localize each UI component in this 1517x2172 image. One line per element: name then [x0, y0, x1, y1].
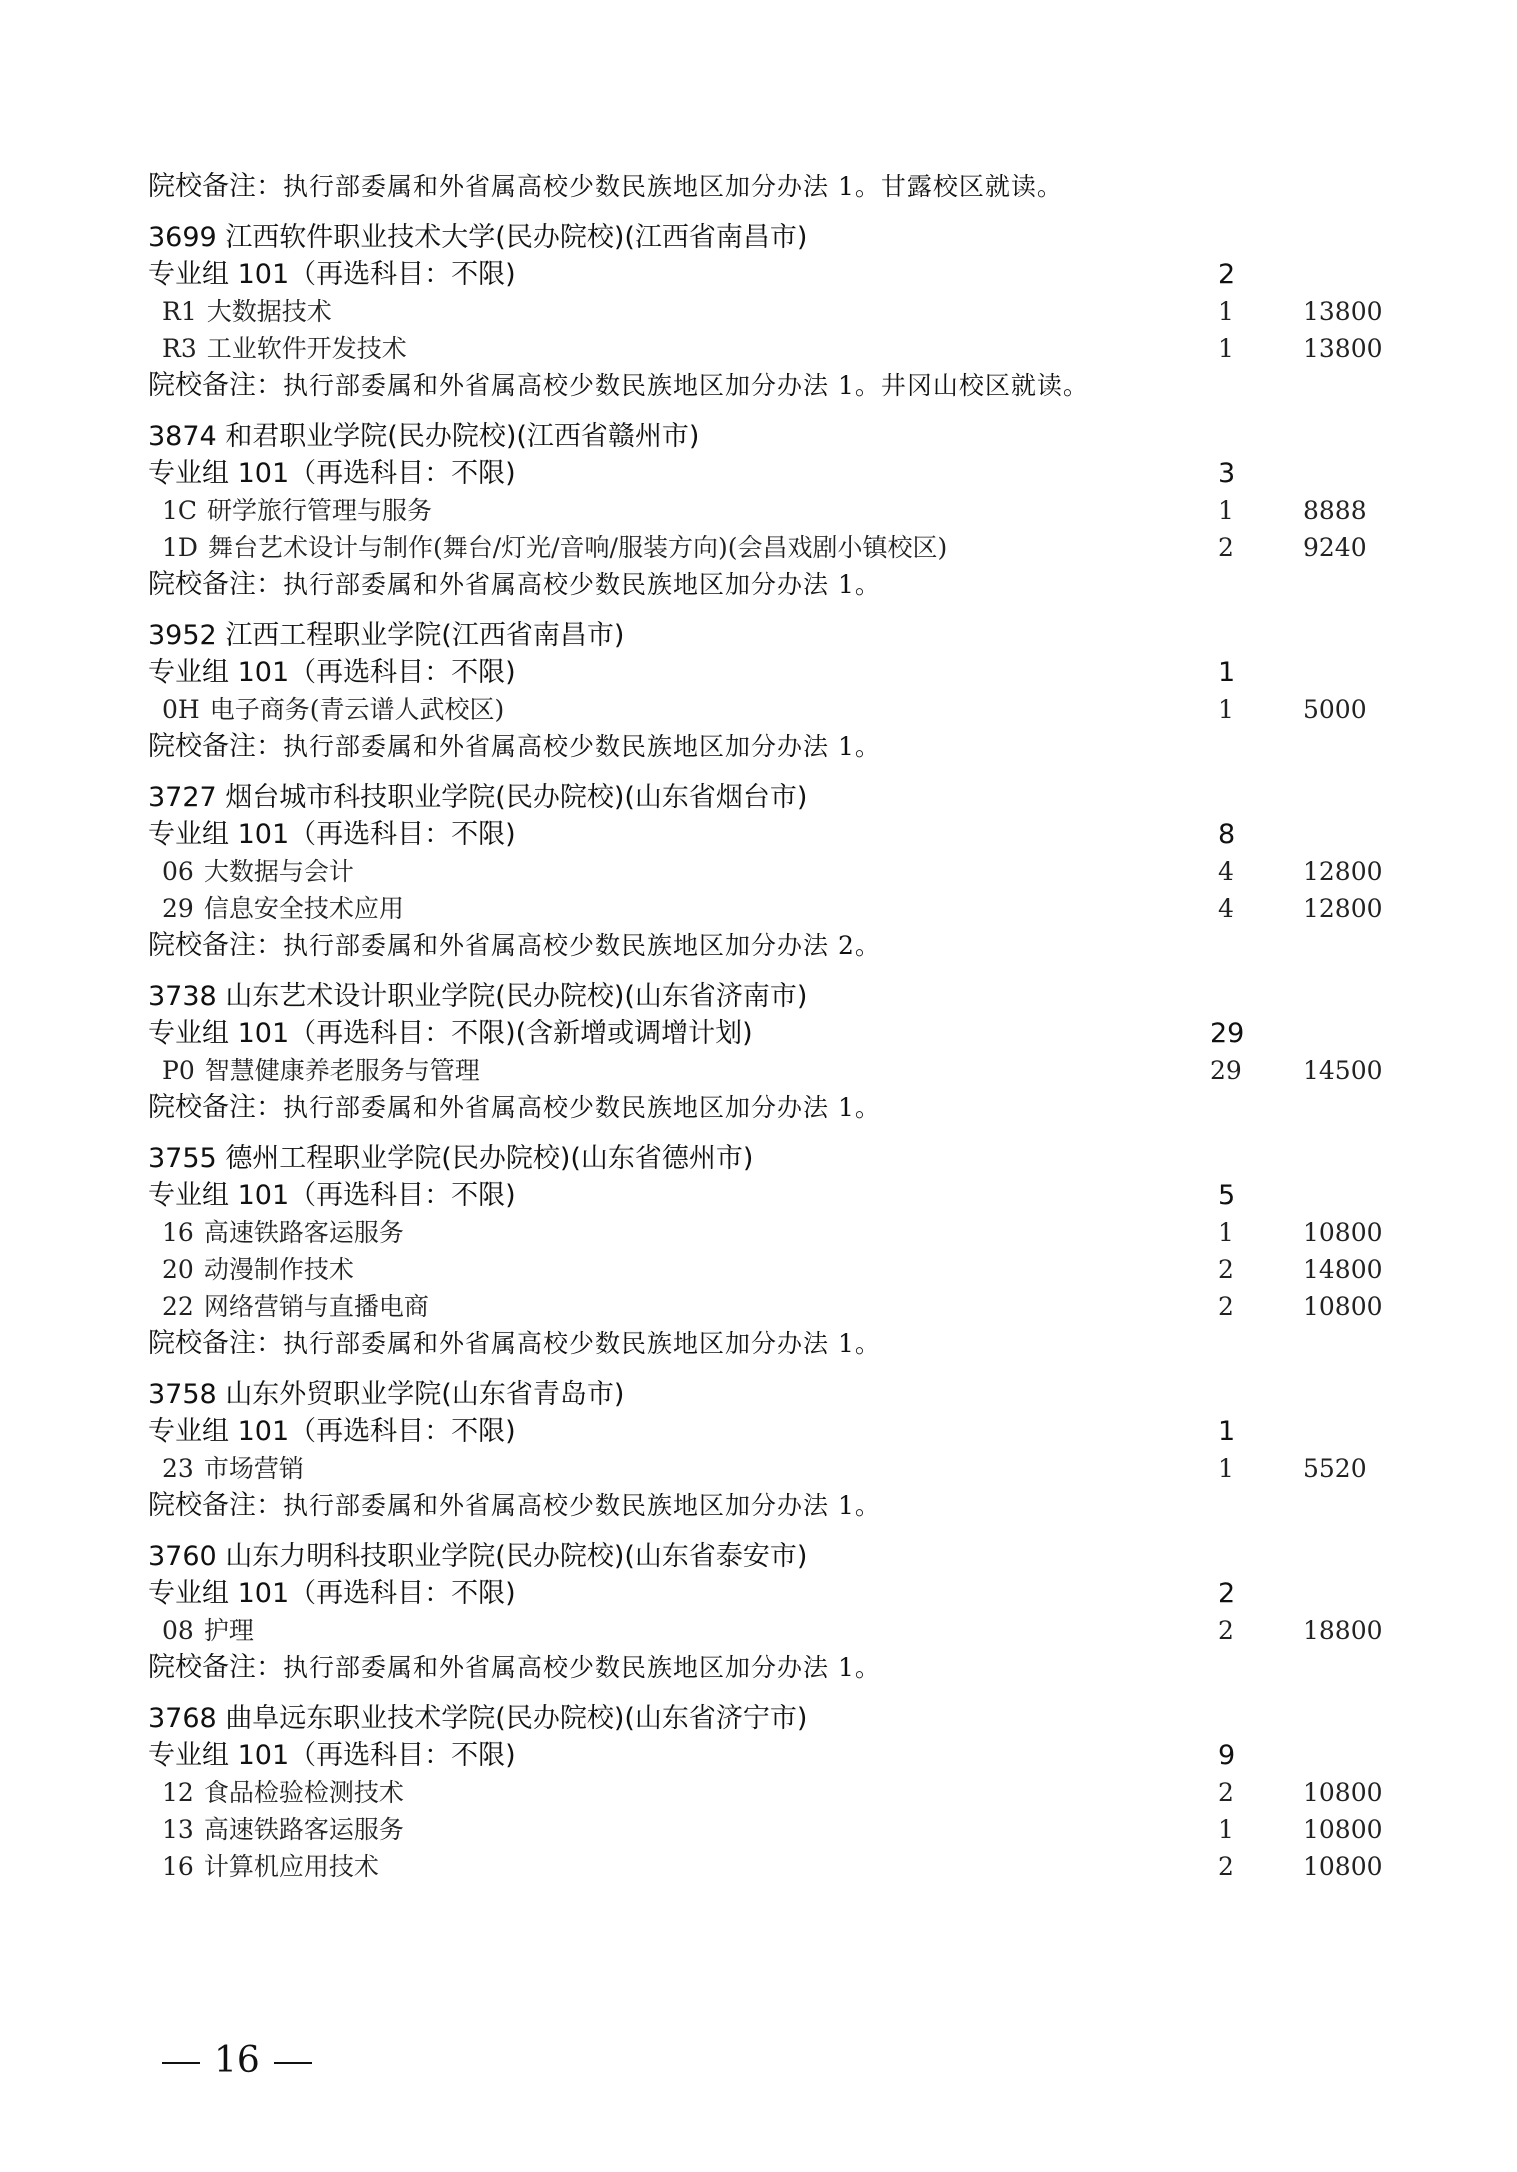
major-code: 0H — [162, 691, 200, 728]
remark-text: 执行部委属和外省属高校少数民族地区加分办法 1。 — [283, 570, 881, 599]
document-page: 院校备注：执行部委属和外省属高校少数民族地区加分办法 1。甘露校区就读。 369… — [148, 168, 1388, 1885]
remark-label: 院校备注： — [148, 930, 283, 961]
page-footer: 16 — [148, 2040, 326, 2081]
major-row: 22网络营销与直播电商 2 10800 — [148, 1288, 1388, 1325]
major-code: R3 — [162, 330, 197, 367]
major-row: P0智慧健康养老服务与管理 29 14500 — [148, 1052, 1388, 1089]
group-label: 专业组 101（再选科目：不限) — [148, 1416, 516, 1447]
school-block: 3874 和君职业学院(民办院校)(江西省赣州市) 专业组 101（再选科目：不… — [148, 418, 1388, 603]
major-code: 16 — [162, 1848, 194, 1885]
school-name: 曲阜远东职业技术学院(民办院校)(山东省济宁市) — [225, 1703, 807, 1734]
major-plan-count: 4 — [1218, 890, 1268, 927]
school-remark: 院校备注：执行部委属和外省属高校少数民族地区加分办法 1。 — [148, 1649, 1388, 1686]
group-plan-count: 1 — [1218, 654, 1268, 691]
group-plan-count: 2 — [1218, 256, 1268, 293]
major-plan-count: 1 — [1218, 1811, 1268, 1848]
remark-label: 院校备注： — [148, 569, 283, 600]
major-row: R3工业软件开发技术 1 13800 — [148, 330, 1388, 367]
group-label: 专业组 101（再选科目：不限)(含新增或调增计划) — [148, 1018, 753, 1049]
major-tuition: 10800 — [1303, 1848, 1403, 1885]
major-plan-count: 29 — [1210, 1052, 1260, 1089]
major-tuition: 10800 — [1303, 1774, 1403, 1811]
remark-label: 院校备注： — [148, 1490, 283, 1521]
group-label: 专业组 101（再选科目：不限) — [148, 259, 516, 290]
group-label: 专业组 101（再选科目：不限) — [148, 458, 516, 489]
major-group-row: 专业组 101（再选科目：不限) 8 — [148, 816, 1388, 853]
school-heading: 3952 江西工程职业学院(江西省南昌市) — [148, 617, 1388, 654]
school-code: 3699 — [148, 222, 217, 253]
major-row: R1大数据技术 1 13800 — [148, 293, 1388, 330]
major-code: 16 — [162, 1214, 194, 1251]
major-plan-count: 2 — [1218, 529, 1268, 566]
remark-text: 执行部委属和外省属高校少数民族地区加分办法 1。 — [283, 1653, 881, 1682]
school-code: 3768 — [148, 1703, 217, 1734]
school-remark: 院校备注：执行部委属和外省属高校少数民族地区加分办法 1。甘露校区就读。 — [148, 168, 1388, 205]
major-group-row: 专业组 101（再选科目：不限)(含新增或调增计划) 29 — [148, 1015, 1388, 1052]
major-tuition: 10800 — [1303, 1811, 1403, 1848]
major-plan-count: 2 — [1218, 1774, 1268, 1811]
major-row: 1D舞台艺术设计与制作(舞台/灯光/音响/服装方向)(会昌戏剧小镇校区) 2 9… — [148, 529, 1388, 566]
school-block: 3768 曲阜远东职业技术学院(民办院校)(山东省济宁市) 专业组 101（再选… — [148, 1700, 1388, 1885]
major-name: 高速铁路客运服务 — [204, 1218, 404, 1247]
major-name: 高速铁路客运服务 — [204, 1815, 404, 1844]
school-block: 3699 江西软件职业技术大学(民办院校)(江西省南昌市) 专业组 101（再选… — [148, 219, 1388, 404]
major-row: 0H电子商务(青云谱人武校区) 1 5000 — [148, 691, 1388, 728]
major-name: 智慧健康养老服务与管理 — [205, 1056, 480, 1085]
group-plan-count: 5 — [1218, 1177, 1268, 1214]
group-label: 专业组 101（再选科目：不限) — [148, 1578, 516, 1609]
group-plan-count: 8 — [1218, 816, 1268, 853]
major-tuition: 5000 — [1303, 691, 1403, 728]
major-name: 食品检验检测技术 — [204, 1778, 404, 1807]
major-tuition: 12800 — [1303, 853, 1403, 890]
group-plan-count: 29 — [1210, 1015, 1260, 1052]
school-heading: 3768 曲阜远东职业技术学院(民办院校)(山东省济宁市) — [148, 1700, 1388, 1737]
page-number: 16 — [214, 2040, 260, 2081]
school-block: 3755 德州工程职业学院(民办院校)(山东省德州市) 专业组 101（再选科目… — [148, 1140, 1388, 1362]
school-code: 3727 — [148, 782, 217, 813]
school-name: 山东力明科技职业学院(民办院校)(山东省泰安市) — [225, 1541, 807, 1572]
school-name: 烟台城市科技职业学院(民办院校)(山东省烟台市) — [225, 782, 807, 813]
major-name: 市场营销 — [204, 1454, 304, 1483]
school-heading: 3758 山东外贸职业学院(山东省青岛市) — [148, 1376, 1388, 1413]
major-plan-count: 2 — [1218, 1848, 1268, 1885]
major-code: 23 — [162, 1450, 194, 1487]
school-block: 3952 江西工程职业学院(江西省南昌市) 专业组 101（再选科目：不限) 1… — [148, 617, 1388, 765]
remark-label: 院校备注： — [148, 171, 283, 202]
school-name: 山东艺术设计职业学院(民办院校)(山东省济南市) — [225, 981, 807, 1012]
major-code: P0 — [162, 1052, 195, 1089]
major-plan-count: 1 — [1218, 492, 1268, 529]
major-name: 信息安全技术应用 — [204, 894, 404, 923]
school-code: 3952 — [148, 620, 217, 651]
remark-label: 院校备注： — [148, 1092, 283, 1123]
school-remark: 院校备注：执行部委属和外省属高校少数民族地区加分办法 2。 — [148, 927, 1388, 964]
major-name: 大数据技术 — [207, 297, 332, 326]
school-code: 3738 — [148, 981, 217, 1012]
major-tuition: 18800 — [1303, 1612, 1403, 1649]
school-code: 3760 — [148, 1541, 217, 1572]
major-group-row: 专业组 101（再选科目：不限) 9 — [148, 1737, 1388, 1774]
footer-dash-right — [274, 2062, 312, 2064]
school-heading: 3738 山东艺术设计职业学院(民办院校)(山东省济南市) — [148, 978, 1388, 1015]
major-tuition: 8888 — [1303, 492, 1403, 529]
school-name: 江西软件职业技术大学(民办院校)(江西省南昌市) — [225, 222, 807, 253]
major-code: 08 — [162, 1612, 194, 1649]
school-name: 江西工程职业学院(江西省南昌市) — [225, 620, 624, 651]
major-row: 1C研学旅行管理与服务 1 8888 — [148, 492, 1388, 529]
remark-text: 执行部委属和外省属高校少数民族地区加分办法 2。 — [283, 931, 881, 960]
school-name: 德州工程职业学院(民办院校)(山东省德州市) — [225, 1143, 753, 1174]
major-group-row: 专业组 101（再选科目：不限) 2 — [148, 1575, 1388, 1612]
major-tuition: 10800 — [1303, 1288, 1403, 1325]
school-block: 3727 烟台城市科技职业学院(民办院校)(山东省烟台市) 专业组 101（再选… — [148, 779, 1388, 964]
remark-label: 院校备注： — [148, 1328, 283, 1359]
school-name: 和君职业学院(民办院校)(江西省赣州市) — [225, 421, 699, 452]
major-tuition: 12800 — [1303, 890, 1403, 927]
major-tuition: 14800 — [1303, 1251, 1403, 1288]
remark-label: 院校备注： — [148, 370, 283, 401]
school-name: 山东外贸职业学院(山东省青岛市) — [225, 1379, 624, 1410]
major-plan-count: 2 — [1218, 1288, 1268, 1325]
group-plan-count: 1 — [1218, 1413, 1268, 1450]
remark-text: 执行部委属和外省属高校少数民族地区加分办法 1。 — [283, 732, 881, 761]
major-code: 1D — [162, 529, 198, 566]
major-row: 16高速铁路客运服务 1 10800 — [148, 1214, 1388, 1251]
major-row: 08护理 2 18800 — [148, 1612, 1388, 1649]
school-heading: 3874 和君职业学院(民办院校)(江西省赣州市) — [148, 418, 1388, 455]
school-remark: 院校备注：执行部委属和外省属高校少数民族地区加分办法 1。 — [148, 728, 1388, 765]
major-plan-count: 4 — [1218, 853, 1268, 890]
major-plan-count: 1 — [1218, 330, 1268, 367]
major-name: 电子商务(青云谱人武校区) — [210, 695, 505, 724]
group-label: 专业组 101（再选科目：不限) — [148, 1180, 516, 1211]
group-label: 专业组 101（再选科目：不限) — [148, 657, 516, 688]
major-plan-count: 1 — [1218, 1214, 1268, 1251]
school-heading: 3727 烟台城市科技职业学院(民办院校)(山东省烟台市) — [148, 779, 1388, 816]
major-plan-count: 1 — [1218, 691, 1268, 728]
major-group-row: 专业组 101（再选科目：不限) 5 — [148, 1177, 1388, 1214]
group-label: 专业组 101（再选科目：不限) — [148, 819, 516, 850]
major-code: 13 — [162, 1811, 194, 1848]
major-group-row: 专业组 101（再选科目：不限) 1 — [148, 654, 1388, 691]
remark-text: 执行部委属和外省属高校少数民族地区加分办法 1。 — [283, 1329, 881, 1358]
school-heading: 3755 德州工程职业学院(民办院校)(山东省德州市) — [148, 1140, 1388, 1177]
major-tuition: 9240 — [1303, 529, 1403, 566]
major-name: 大数据与会计 — [204, 857, 354, 886]
major-plan-count: 2 — [1218, 1612, 1268, 1649]
major-tuition: 14500 — [1303, 1052, 1403, 1089]
major-plan-count: 2 — [1218, 1251, 1268, 1288]
major-code: 06 — [162, 853, 194, 890]
major-group-row: 专业组 101（再选科目：不限) 1 — [148, 1413, 1388, 1450]
major-tuition: 5520 — [1303, 1450, 1403, 1487]
remark-text: 执行部委属和外省属高校少数民族地区加分办法 1。 — [283, 1491, 881, 1520]
major-name: 护理 — [204, 1616, 254, 1645]
remark-text: 执行部委属和外省属高校少数民族地区加分办法 1。 — [283, 1093, 881, 1122]
major-code: 1C — [162, 492, 197, 529]
school-heading: 3760 山东力明科技职业学院(民办院校)(山东省泰安市) — [148, 1538, 1388, 1575]
footer-dash-left — [162, 2062, 200, 2064]
group-plan-count: 9 — [1218, 1737, 1268, 1774]
school-heading: 3699 江西软件职业技术大学(民办院校)(江西省南昌市) — [148, 219, 1388, 256]
major-row: 06大数据与会计 4 12800 — [148, 853, 1388, 890]
remark-label: 院校备注： — [148, 1652, 283, 1683]
major-code: 20 — [162, 1251, 194, 1288]
school-remark: 院校备注：执行部委属和外省属高校少数民族地区加分办法 1。 — [148, 566, 1388, 603]
remark-text: 执行部委属和外省属高校少数民族地区加分办法 1。甘露校区就读。 — [283, 172, 1063, 201]
group-plan-count: 3 — [1218, 455, 1268, 492]
group-plan-count: 2 — [1218, 1575, 1268, 1612]
school-code: 3758 — [148, 1379, 217, 1410]
major-row: 20动漫制作技术 2 14800 — [148, 1251, 1388, 1288]
major-tuition: 13800 — [1303, 293, 1403, 330]
school-code: 3755 — [148, 1143, 217, 1174]
school-block: 3760 山东力明科技职业学院(民办院校)(山东省泰安市) 专业组 101（再选… — [148, 1538, 1388, 1686]
major-group-row: 专业组 101（再选科目：不限) 3 — [148, 455, 1388, 492]
major-name: 研学旅行管理与服务 — [207, 496, 432, 525]
major-plan-count: 1 — [1218, 1450, 1268, 1487]
major-code: R1 — [162, 293, 197, 330]
major-plan-count: 1 — [1218, 293, 1268, 330]
major-group-row: 专业组 101（再选科目：不限) 2 — [148, 256, 1388, 293]
major-name: 工业软件开发技术 — [207, 334, 407, 363]
school-remark: 院校备注：执行部委属和外省属高校少数民族地区加分办法 1。 — [148, 1325, 1388, 1362]
major-name: 计算机应用技术 — [204, 1852, 379, 1881]
school-remark: 院校备注：执行部委属和外省属高校少数民族地区加分办法 1。 — [148, 1487, 1388, 1524]
major-code: 12 — [162, 1774, 194, 1811]
group-label: 专业组 101（再选科目：不限) — [148, 1740, 516, 1771]
major-name: 舞台艺术设计与制作(舞台/灯光/音响/服装方向)(会昌戏剧小镇校区) — [208, 533, 947, 562]
major-name: 动漫制作技术 — [204, 1255, 354, 1284]
major-code: 29 — [162, 890, 194, 927]
major-row: 16计算机应用技术 2 10800 — [148, 1848, 1388, 1885]
major-row: 12食品检验检测技术 2 10800 — [148, 1774, 1388, 1811]
major-row: 29信息安全技术应用 4 12800 — [148, 890, 1388, 927]
school-remark: 院校备注：执行部委属和外省属高校少数民族地区加分办法 1。井冈山校区就读。 — [148, 367, 1388, 404]
major-name: 网络营销与直播电商 — [204, 1292, 429, 1321]
major-code: 22 — [162, 1288, 194, 1325]
school-block: 3738 山东艺术设计职业学院(民办院校)(山东省济南市) 专业组 101（再选… — [148, 978, 1388, 1126]
major-tuition: 13800 — [1303, 330, 1403, 367]
school-remark: 院校备注：执行部委属和外省属高校少数民族地区加分办法 1。 — [148, 1089, 1388, 1126]
school-block: 3758 山东外贸职业学院(山东省青岛市) 专业组 101（再选科目：不限) 1… — [148, 1376, 1388, 1524]
major-row: 13高速铁路客运服务 1 10800 — [148, 1811, 1388, 1848]
remark-text: 执行部委属和外省属高校少数民族地区加分办法 1。井冈山校区就读。 — [283, 371, 1089, 400]
school-code: 3874 — [148, 421, 217, 452]
major-row: 23市场营销 1 5520 — [148, 1450, 1388, 1487]
remark-label: 院校备注： — [148, 731, 283, 762]
major-tuition: 10800 — [1303, 1214, 1403, 1251]
